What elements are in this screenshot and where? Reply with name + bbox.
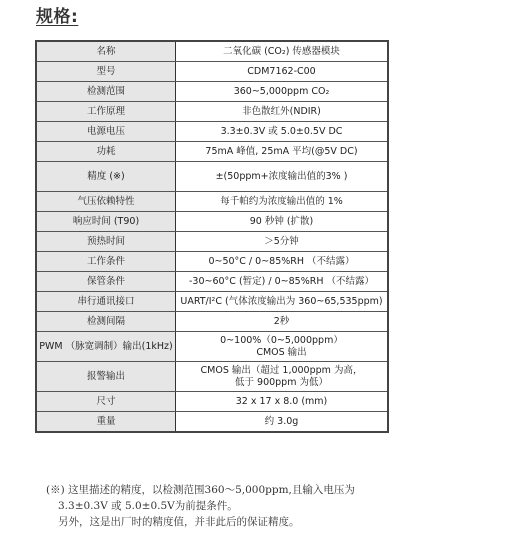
table-row: 名称 二氧化碳 (CO₂) 传感器模块 bbox=[36, 41, 388, 62]
table-row: 串行通讯接口 UART/I²C (气体浓度输出为 360~65,535ppm) bbox=[36, 292, 388, 312]
table-row: 报警输出 CMOS 输出（超过 1,000ppm 为高， 低于 900ppm 为… bbox=[36, 362, 388, 392]
table-row: 型号 CDM7162-C00 bbox=[36, 62, 388, 82]
spec-key-principle: 工作原理 bbox=[36, 102, 176, 122]
spec-value-storage: -30~60°C (暂定) / 0~85%RH （不结露） bbox=[176, 272, 389, 292]
table-row: 尺寸 32 x 17 x 8.0 (mm) bbox=[36, 392, 388, 412]
spec-key-operating: 工作条件 bbox=[36, 252, 176, 272]
footnote: (※) 这里描述的精度，以检测范围360～5,000ppm,且输入电压为 3.3… bbox=[46, 482, 355, 530]
table-row: 工作原理 非色散红外(NDIR) bbox=[36, 102, 388, 122]
spec-key-range: 检测范围 bbox=[36, 82, 176, 102]
spec-key-weight: 重量 bbox=[36, 412, 176, 433]
spec-value-range: 360~5,000ppm CO₂ bbox=[176, 82, 389, 102]
spec-value-principle: 非色散红外(NDIR) bbox=[176, 102, 389, 122]
spec-value-alarm-line1: CMOS 输出（超过 1,000ppm 为高， bbox=[178, 365, 385, 377]
spec-value-size: 32 x 17 x 8.0 (mm) bbox=[176, 392, 389, 412]
table-row: 检测范围 360~5,000ppm CO₂ bbox=[36, 82, 388, 102]
spec-key-accuracy: 精度 (※) bbox=[36, 162, 176, 192]
spec-key-serial: 串行通讯接口 bbox=[36, 292, 176, 312]
spec-value-alarm: CMOS 输出（超过 1,000ppm 为高， 低于 900ppm 为低） bbox=[176, 362, 389, 392]
spec-value-pwm-line1: 0~100%（0~5,000ppm） bbox=[178, 335, 385, 347]
spec-value-alarm-line2: 低于 900ppm 为低） bbox=[178, 377, 385, 389]
spec-key-pwm: PWM （脉宽调制）输出(1kHz) bbox=[36, 332, 176, 362]
spec-value-name: 二氧化碳 (CO₂) 传感器模块 bbox=[176, 41, 389, 62]
spec-table: 名称 二氧化碳 (CO₂) 传感器模块 型号 CDM7162-C00 检测范围 … bbox=[35, 40, 389, 433]
table-row: 精度 (※) ±(50ppm+浓度输出值的3% ) bbox=[36, 162, 388, 192]
spec-key-pressure: 气压依赖特性 bbox=[36, 192, 176, 212]
spec-value-weight: 约 3.0g bbox=[176, 412, 389, 433]
spec-value-voltage: 3.3±0.3V 或 5.0±0.5V DC bbox=[176, 122, 389, 142]
spec-value-power: 75mA 峰值, 25mA 平均(@5V DC) bbox=[176, 142, 389, 162]
footnote-line-1: (※) 这里描述的精度，以检测范围360～5,000ppm,且输入电压为 bbox=[46, 482, 355, 498]
spec-value-pwm-line2: CMOS 输出 bbox=[178, 347, 385, 359]
spec-key-response: 响应时间 (T90) bbox=[36, 212, 176, 232]
page-title: 规格: bbox=[36, 2, 78, 27]
spec-key-name: 名称 bbox=[36, 41, 176, 62]
table-row: PWM （脉宽调制）输出(1kHz) 0~100%（0~5,000ppm） CM… bbox=[36, 332, 388, 362]
table-row: 功耗 75mA 峰值, 25mA 平均(@5V DC) bbox=[36, 142, 388, 162]
table-row: 响应时间 (T90) 90 秒钟 (扩散) bbox=[36, 212, 388, 232]
table-row: 预热时间 ＞5分钟 bbox=[36, 232, 388, 252]
table-row: 保管条件 -30~60°C (暂定) / 0~85%RH （不结露） bbox=[36, 272, 388, 292]
spec-value-accuracy: ±(50ppm+浓度输出值的3% ) bbox=[176, 162, 389, 192]
spec-key-alarm: 报警输出 bbox=[36, 362, 176, 392]
spec-key-storage: 保管条件 bbox=[36, 272, 176, 292]
spec-key-model: 型号 bbox=[36, 62, 176, 82]
spec-value-model: CDM7162-C00 bbox=[176, 62, 389, 82]
footnote-line-2: 3.3±0.3V 或 5.0±0.5V为前提条件。 bbox=[46, 498, 355, 514]
table-row: 重量 约 3.0g bbox=[36, 412, 388, 433]
spec-value-pressure: 每千帕约为浓度输出值的 1% bbox=[176, 192, 389, 212]
spec-key-interval: 检测间隔 bbox=[36, 312, 176, 332]
spec-value-warmup: ＞5分钟 bbox=[176, 232, 389, 252]
spec-key-warmup: 预热时间 bbox=[36, 232, 176, 252]
footnote-line-3: 另外，这是出厂时的精度值，并非此后的保证精度。 bbox=[46, 514, 355, 530]
spec-value-operating: 0~50°C / 0~85%RH （不结露） bbox=[176, 252, 389, 272]
spec-value-interval: 2秒 bbox=[176, 312, 389, 332]
table-row: 气压依赖特性 每千帕约为浓度输出值的 1% bbox=[36, 192, 388, 212]
spec-value-response: 90 秒钟 (扩散) bbox=[176, 212, 389, 232]
table-row: 电源电压 3.3±0.3V 或 5.0±0.5V DC bbox=[36, 122, 388, 142]
table-row: 工作条件 0~50°C / 0~85%RH （不结露） bbox=[36, 252, 388, 272]
spec-value-pwm: 0~100%（0~5,000ppm） CMOS 输出 bbox=[176, 332, 389, 362]
spec-value-serial: UART/I²C (气体浓度输出为 360~65,535ppm) bbox=[176, 292, 389, 312]
table-row: 检测间隔 2秒 bbox=[36, 312, 388, 332]
spec-key-size: 尺寸 bbox=[36, 392, 176, 412]
spec-key-power: 功耗 bbox=[36, 142, 176, 162]
spec-key-voltage: 电源电压 bbox=[36, 122, 176, 142]
